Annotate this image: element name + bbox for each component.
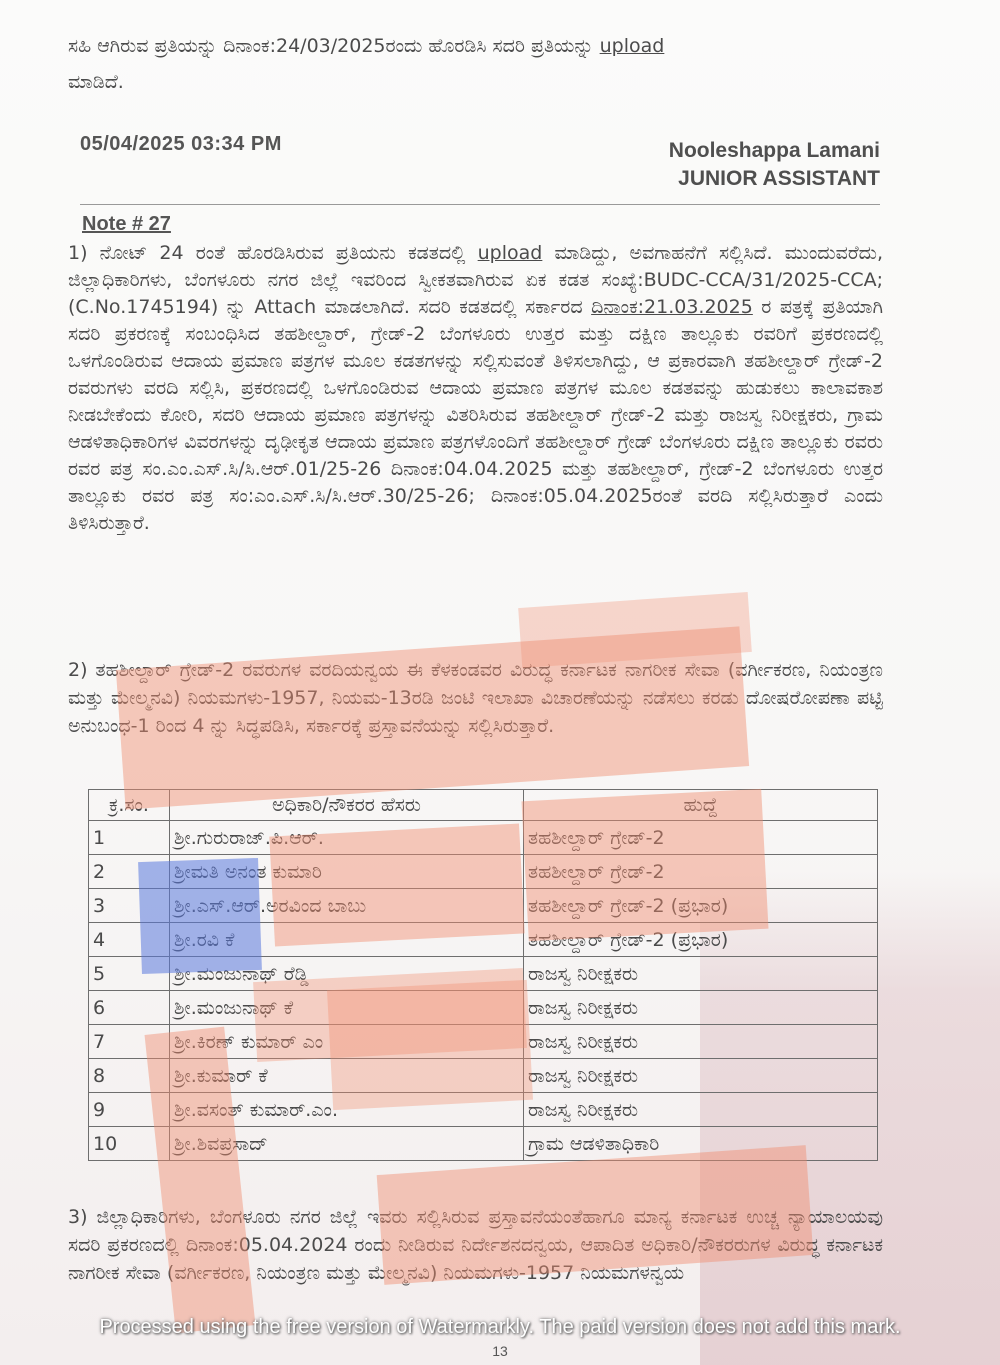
cell-name: ಶ್ರೀ.ಕಿರಣ್ ಕುಮಾರ್ ಎಂ bbox=[170, 1025, 524, 1059]
cell-name: ಶ್ರೀ.ಮಂಜುನಾಥ್ ರೆಡ್ಡಿ bbox=[170, 957, 524, 991]
upload-link[interactable]: upload bbox=[600, 35, 665, 57]
cell-name: ಶ್ರೀ.ಮಂಜುನಾಥ್ ಕೆ bbox=[170, 991, 524, 1025]
cell-serial: 6 bbox=[89, 991, 170, 1025]
cell-name: ಶ್ರೀಮತಿ ಅನಂತ ಕುಮಾರಿ bbox=[170, 855, 524, 889]
table-header-row: ಕ್ರ.ಸಂ. ಅಧಿಕಾರಿ/ನೌಕರರ ಹೆಸರು ಹುದ್ದೆ bbox=[89, 790, 878, 821]
top-paragraph: ಸಹಿ ಆಗಿರುವ ಪ್ರತಿಯನ್ನು ದಿನಾಂಕ:24/03/2025ರ… bbox=[68, 28, 883, 100]
table-row: 10ಶ್ರೀ.ಶಿವಪ್ರಸಾದ್ಗ್ರಾಮ ಆಡಳಿತಾಧಿಕಾರಿ bbox=[89, 1127, 878, 1161]
signature-block: Nooleshappa Lamani JUNIOR ASSISTANT bbox=[669, 137, 880, 193]
officials-table: ಕ್ರ.ಸಂ. ಅಧಿಕಾರಿ/ನೌಕರರ ಹೆಸರು ಹುದ್ದೆ 1ಶ್ರೀ… bbox=[88, 789, 878, 1161]
cell-name: ಶ್ರೀ.ಎಸ್.ಆರ್.ಅರವಿಂದ ಬಾಬು bbox=[170, 889, 524, 923]
divider bbox=[80, 204, 880, 205]
top-paragraph-tail: ಮಾಡಿದೆ. bbox=[68, 71, 124, 93]
watermark-text: Processed using the free version of Wate… bbox=[0, 1316, 1000, 1339]
document-page: ಸಹಿ ಆಗಿರುವ ಪ್ರತಿಯನ್ನು ದಿನಾಂಕ:24/03/2025ರ… bbox=[0, 0, 1000, 1365]
cell-serial: 3 bbox=[89, 889, 170, 923]
note-paragraph-3: 3) ಜಿಲ್ಲಾಧಿಕಾರಿಗಳು, ಬೆಂಗಳೂರು ನಗರ ಜಿಲ್ಲೆ … bbox=[68, 1203, 883, 1287]
cell-serial: 2 bbox=[89, 855, 170, 889]
page-number: 13 bbox=[0, 1343, 1000, 1359]
cell-post: ರಾಜಸ್ವ ನಿರೀಕ್ಷಕರು bbox=[524, 991, 878, 1025]
table-row: 5ಶ್ರೀ.ಮಂಜುನಾಥ್ ರೆಡ್ಡಿರಾಜಸ್ವ ನಿರೀಕ್ಷಕರು bbox=[89, 957, 878, 991]
para1-text-a: 1) ನೋಟ್ 24 ರಂತೆ ಹೊರಡಿಸಿರುವ ಪ್ರತಿಯನು ಕಡತದ… bbox=[68, 242, 478, 264]
cell-serial: 5 bbox=[89, 957, 170, 991]
cell-post: ರಾಜಸ್ವ ನಿರೀಕ್ಷಕರು bbox=[524, 957, 878, 991]
timestamp: 05/04/2025 03:34 PM bbox=[80, 133, 282, 156]
note-paragraph-1: 1) ನೋಟ್ 24 ರಂತೆ ಹೊರಡಿಸಿರುವ ಪ್ರತಿಯನು ಕಡತದ… bbox=[68, 240, 883, 537]
cell-post: ತಹಶೀಲ್ದಾರ್ ಗ್ರೇಡ್-2 (ಪ್ರಭಾರ) bbox=[524, 889, 878, 923]
cell-post: ತಹಶೀಲ್ದಾರ್ ಗ್ರೇಡ್-2 bbox=[524, 855, 878, 889]
cell-post: ರಾಜಸ್ವ ನಿರೀಕ್ಷಕರು bbox=[524, 1059, 878, 1093]
cell-post: ರಾಜಸ್ವ ನಿರೀಕ್ಷಕರು bbox=[524, 1025, 878, 1059]
table-row: 2ಶ್ರೀಮತಿ ಅನಂತ ಕುಮಾರಿತಹಶೀಲ್ದಾರ್ ಗ್ರೇಡ್-2 bbox=[89, 855, 878, 889]
cell-serial: 10 bbox=[89, 1127, 170, 1161]
signatory-name: Nooleshappa Lamani bbox=[669, 137, 880, 165]
cell-serial: 8 bbox=[89, 1059, 170, 1093]
table-row: 6ಶ್ರೀ.ಮಂಜುನಾಥ್ ಕೆರಾಜಸ್ವ ನಿರೀಕ್ಷಕರು bbox=[89, 991, 878, 1025]
top-paragraph-text: ಸಹಿ ಆಗಿರುವ ಪ್ರತಿಯನ್ನು ದಿನಾಂಕ:24/03/2025ರ… bbox=[68, 35, 600, 57]
cell-post: ತಹಶೀಲ್ದಾರ್ ಗ್ರೇಡ್-2 (ಪ್ರಭಾರ) bbox=[524, 923, 878, 957]
cell-name: ಶ್ರೀ.ಕುಮಾರ್ ಕೆ bbox=[170, 1059, 524, 1093]
table-row: 9ಶ್ರೀ.ವಸಂತ್ ಕುಮಾರ್.ಎಂ.ರಾಜಸ್ವ ನಿರೀಕ್ಷಕರು bbox=[89, 1093, 878, 1127]
cell-name: ಶ್ರೀ.ವಸಂತ್ ಕುಮಾರ್.ಎಂ. bbox=[170, 1093, 524, 1127]
table-row: 3ಶ್ರೀ.ಎಸ್.ಆರ್.ಅರವಿಂದ ಬಾಬುತಹಶೀಲ್ದಾರ್ ಗ್ರೇ… bbox=[89, 889, 878, 923]
date-link[interactable]: ದಿನಾಂಕ:21.03.2025 bbox=[591, 296, 753, 318]
header-name: ಅಧಿಕಾರಿ/ನೌಕರರ ಹೆಸರು bbox=[170, 790, 524, 821]
cell-serial: 7 bbox=[89, 1025, 170, 1059]
para1-text-c: ರ ಪತ್ರಕ್ಕೆ ಪ್ರತಿಯಾಗಿ ಸದರಿ ಪ್ರಕರಣಕ್ಕೆ ಸಂಬ… bbox=[68, 296, 883, 534]
table-row: 8ಶ್ರೀ.ಕುಮಾರ್ ಕೆರಾಜಸ್ವ ನಿರೀಕ್ಷಕರು bbox=[89, 1059, 878, 1093]
cell-name: ಶ್ರೀ.ಶಿವಪ್ರಸಾದ್ bbox=[170, 1127, 524, 1161]
upload-link-2[interactable]: upload bbox=[478, 242, 543, 264]
note-title: Note # 27 bbox=[82, 213, 171, 236]
cell-serial: 1 bbox=[89, 821, 170, 855]
header-serial: ಕ್ರ.ಸಂ. bbox=[89, 790, 170, 821]
note-paragraph-2: 2) ತಹಶೀಲ್ದಾರ್ ಗ್ರೇಡ್-2 ರವರುಗಳ ವರದಿಯನ್ವಯ … bbox=[68, 656, 883, 740]
cell-serial: 9 bbox=[89, 1093, 170, 1127]
cell-name: ಶ್ರೀ.ರವಿ ಕೆ bbox=[170, 923, 524, 957]
cell-serial: 4 bbox=[89, 923, 170, 957]
table-row: 4ಶ್ರೀ.ರವಿ ಕೆತಹಶೀಲ್ದಾರ್ ಗ್ರೇಡ್-2 (ಪ್ರಭಾರ) bbox=[89, 923, 878, 957]
cell-post: ರಾಜಸ್ವ ನಿರೀಕ್ಷಕರು bbox=[524, 1093, 878, 1127]
cell-post: ಗ್ರಾಮ ಆಡಳಿತಾಧಿಕಾರಿ bbox=[524, 1127, 878, 1161]
header-post: ಹುದ್ದೆ bbox=[524, 790, 878, 821]
table-row: 1ಶ್ರೀ.ಗುರುರಾಜ್.ಪಿ.ಆರ್.ತಹಶೀಲ್ದಾರ್ ಗ್ರೇಡ್-… bbox=[89, 821, 878, 855]
cell-post: ತಹಶೀಲ್ದಾರ್ ಗ್ರೇಡ್-2 bbox=[524, 821, 878, 855]
cell-name: ಶ್ರೀ.ಗುರುರಾಜ್.ಪಿ.ಆರ್. bbox=[170, 821, 524, 855]
signatory-designation: JUNIOR ASSISTANT bbox=[669, 165, 880, 193]
table-row: 7ಶ್ರೀ.ಕಿರಣ್ ಕುಮಾರ್ ಎಂರಾಜಸ್ವ ನಿರೀಕ್ಷಕರು bbox=[89, 1025, 878, 1059]
